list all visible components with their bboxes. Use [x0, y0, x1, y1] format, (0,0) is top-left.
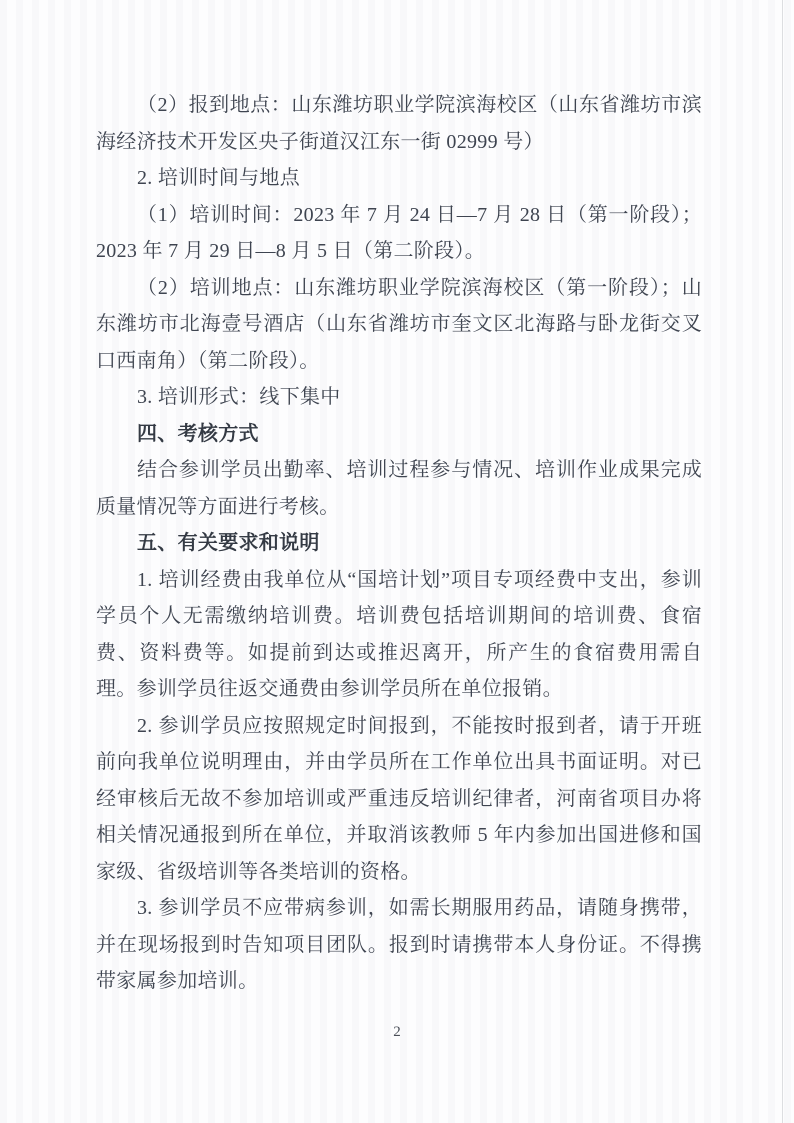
para-requirement-funding: 1. 培训经费由我单位从“国培计划”项目专项经费中支出，参训学员个人无需缴纳培训…: [96, 562, 702, 708]
para-training-time-place-label: 2. 培训时间与地点: [96, 160, 702, 197]
para-report-location: （2）报到地点：山东潍坊职业学院滨海校区（山东省潍坊市滨海经济技术开发区央子街道…: [96, 87, 702, 160]
section-heading-assessment: 四、考核方式: [96, 416, 702, 453]
para-training-time: （1）培训时间：2023 年 7 月 24 日—7 月 28 日（第一阶段）；2…: [96, 197, 702, 270]
page-number: 2: [0, 1024, 794, 1041]
para-assessment-method: 结合参训学员出勤率、培训过程参与情况、培训作业成果完成质量情况等方面进行考核。: [96, 452, 702, 525]
section-heading-requirements: 五、有关要求和说明: [96, 525, 702, 562]
para-training-format: 3. 培训形式：线下集中: [96, 379, 702, 416]
scan-edge-line: [782, 0, 783, 1123]
document-page: { "document": { "paragraphs": [ { "text"…: [0, 0, 794, 1123]
para-training-place: （2）培训地点：山东潍坊职业学院滨海校区（第一阶段）；山东潍坊市北海壹号酒店（山…: [96, 270, 702, 380]
para-requirement-registration: 2. 参训学员应按照规定时间报到，不能按时报到者，请于开班前向我单位说明理由，并…: [96, 708, 702, 891]
document-body: （2）报到地点：山东潍坊职业学院滨海校区（山东省潍坊市滨海经济技术开发区央子街道…: [96, 87, 702, 1000]
para-requirement-health: 3. 参训学员不应带病参训，如需长期服用药品，请随身携带，并在现场报到时告知项目…: [96, 890, 702, 1000]
